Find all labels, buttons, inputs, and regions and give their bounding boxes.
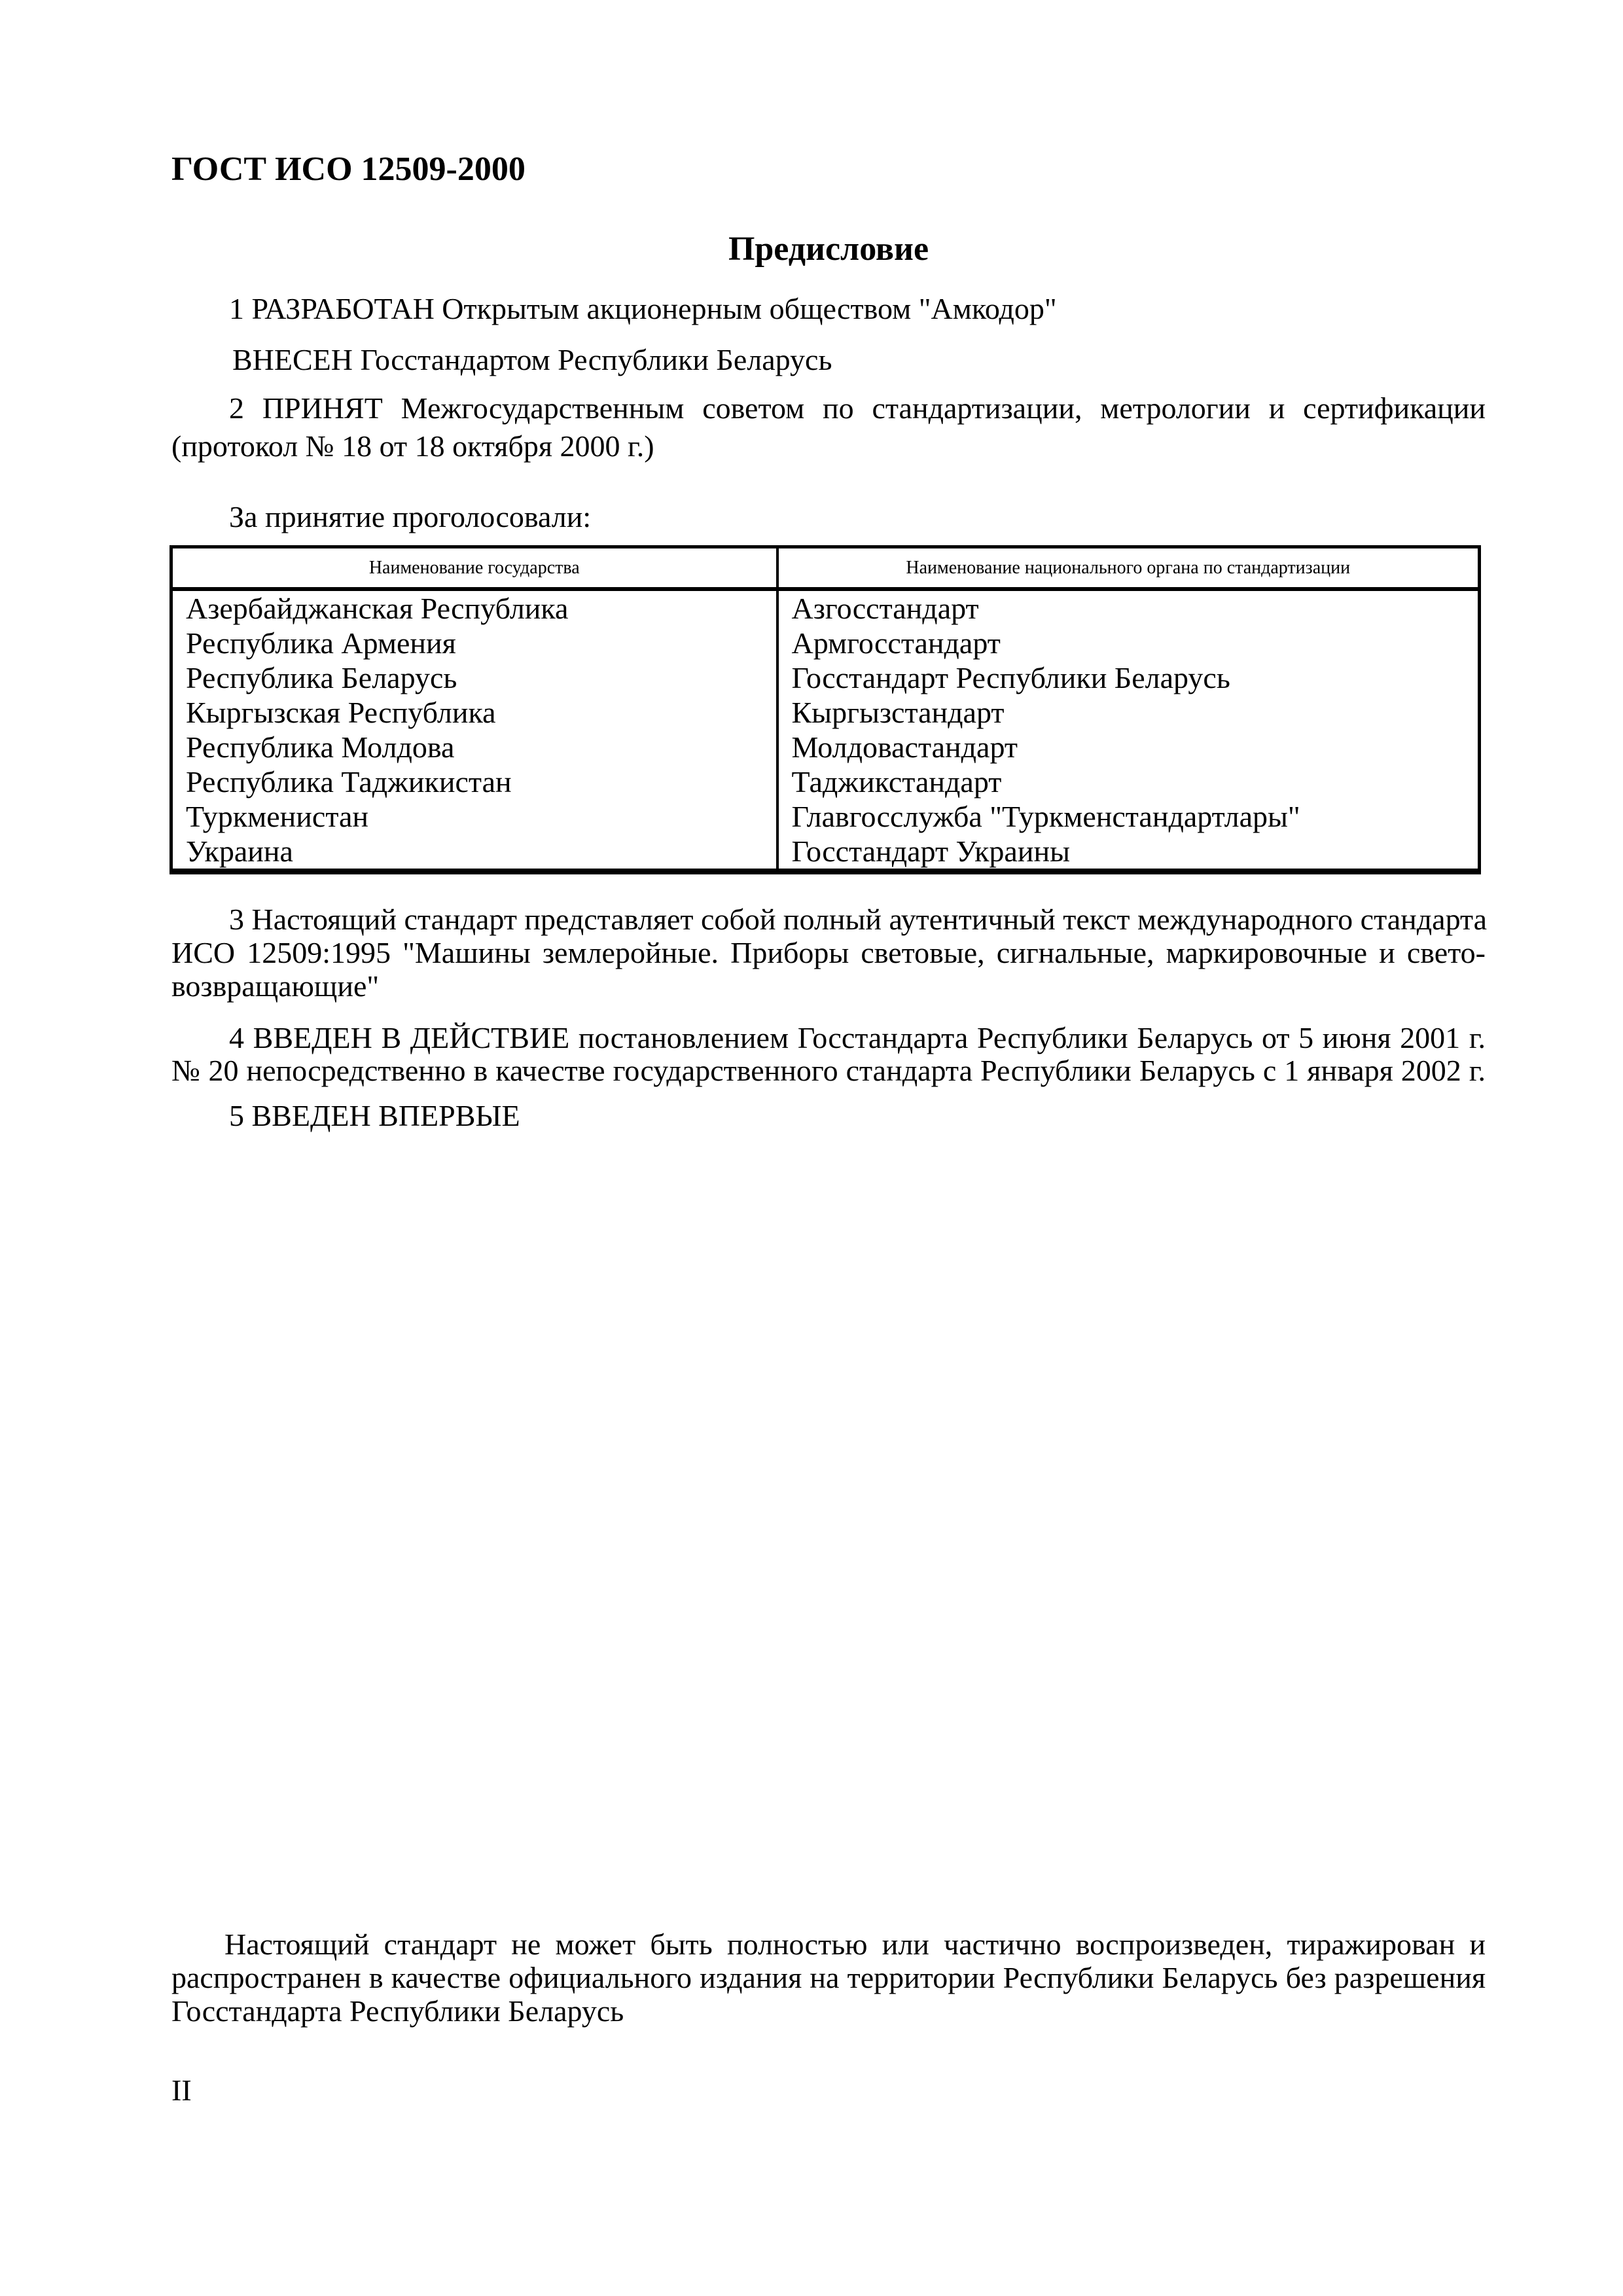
state-cell: Азербайджанская Республика bbox=[171, 589, 777, 626]
state-cell: Туркменистан bbox=[171, 799, 777, 834]
paragraph-submitted: ВНЕСЕН Госстандартом Республики Беларусь bbox=[171, 343, 1486, 377]
org-cell: Молдовастандарт bbox=[777, 730, 1480, 764]
page-number: II bbox=[171, 2073, 192, 2108]
vote-table-header: Наименование государства Наименование на… bbox=[171, 547, 1480, 590]
page-heading: Предисловие bbox=[171, 230, 1486, 269]
org-cell: Госстандарт Украины bbox=[777, 834, 1480, 872]
table-row: Туркменистан Главгосслужба "Туркменстанд… bbox=[171, 799, 1480, 834]
paragraph-accepted: 2 ПРИНЯТ Межгосударственным советом по с… bbox=[171, 389, 1486, 465]
vote-table-header-state: Наименование государства bbox=[171, 547, 777, 590]
state-cell: Республика Таджикистан bbox=[171, 764, 777, 799]
state-cell: Украина bbox=[171, 834, 777, 872]
vote-table-header-org: Наименование национального органа по ста… bbox=[777, 547, 1480, 590]
state-cell: Кыргызская Республика bbox=[171, 695, 777, 730]
doc-code: ГОСТ ИСО 12509-2000 bbox=[171, 150, 526, 189]
state-cell: Республика Армения bbox=[171, 626, 777, 660]
vote-intro: За принятие проголосовали: bbox=[171, 500, 1486, 534]
paragraph-enacted: 4 ВВЕДЕН В ДЕЙСТВИЕ постановлением Госст… bbox=[171, 1022, 1486, 1087]
table-row: Республика Молдова Молдовастандарт bbox=[171, 730, 1480, 764]
state-cell: Республика Молдова bbox=[171, 730, 777, 764]
paragraph-accepted-line-1: 2 ПРИНЯТ Межгосударственным советом по с… bbox=[171, 389, 1486, 427]
paragraph-accepted-line-2: (протокол № 18 от 18 октября 2000 г.) bbox=[171, 427, 1486, 465]
table-row: Кыргызская Республика Кыргызстандарт bbox=[171, 695, 1480, 730]
table-row: Республика Беларусь Госстандарт Республи… bbox=[171, 660, 1480, 695]
table-row: Республика Армения Армгосстандарт bbox=[171, 626, 1480, 660]
copyright-line-3: Госстандарта Республики Беларусь bbox=[171, 1994, 1486, 2028]
org-cell: Азгосстандарт bbox=[777, 589, 1480, 626]
paragraph-authentic-line-1: 3 Настоящий стандарт представляет собой … bbox=[171, 903, 1486, 936]
paragraph-first-time: 5 ВВЕДЕН ВПЕРВЫЕ bbox=[171, 1099, 1486, 1133]
org-cell: Госстандарт Республики Беларусь bbox=[777, 660, 1480, 695]
org-cell: Армгосстандарт bbox=[777, 626, 1480, 660]
copyright-note: Настоящий стандарт не может быть полност… bbox=[171, 1928, 1486, 2028]
paragraph-enacted-line-1: 4 ВВЕДЕН В ДЕЙСТВИЕ постановлением Госст… bbox=[171, 1022, 1486, 1054]
paragraph-authentic-text: 3 Настоящий стандарт представляет собой … bbox=[171, 903, 1486, 1003]
vote-table-header-row: Наименование государства Наименование на… bbox=[171, 547, 1480, 590]
table-row: Украина Госстандарт Украины bbox=[171, 834, 1480, 872]
table-row: Азербайджанская Республика Азгосстандарт bbox=[171, 589, 1480, 626]
copyright-line-2: распространен в качестве официального из… bbox=[171, 1961, 1486, 1994]
paragraph-developed: 1 РАЗРАБОТАН Открытым акционерным общест… bbox=[171, 292, 1486, 326]
copyright-line-1: Настоящий стандарт не может быть полност… bbox=[171, 1928, 1486, 1961]
org-cell: Главгосслужба "Туркменстандартлары" bbox=[777, 799, 1480, 834]
state-cell: Республика Беларусь bbox=[171, 660, 777, 695]
org-cell: Таджикстандарт bbox=[777, 764, 1480, 799]
document-page: { "page": { "doc_code": "ГОСТ ИСО 12509-… bbox=[0, 0, 1623, 2296]
paragraph-authentic-line-3: возвращающие" bbox=[171, 969, 1486, 1003]
paragraph-enacted-line-2: № 20 непосредственно в качестве государс… bbox=[171, 1054, 1486, 1087]
vote-table: Наименование государства Наименование на… bbox=[169, 545, 1481, 874]
org-cell: Кыргызстандарт bbox=[777, 695, 1480, 730]
paragraph-authentic-line-2: ИСО 12509:1995 "Машины землеройные. Приб… bbox=[171, 936, 1486, 969]
table-row: Республика Таджикистан Таджикстандарт bbox=[171, 764, 1480, 799]
